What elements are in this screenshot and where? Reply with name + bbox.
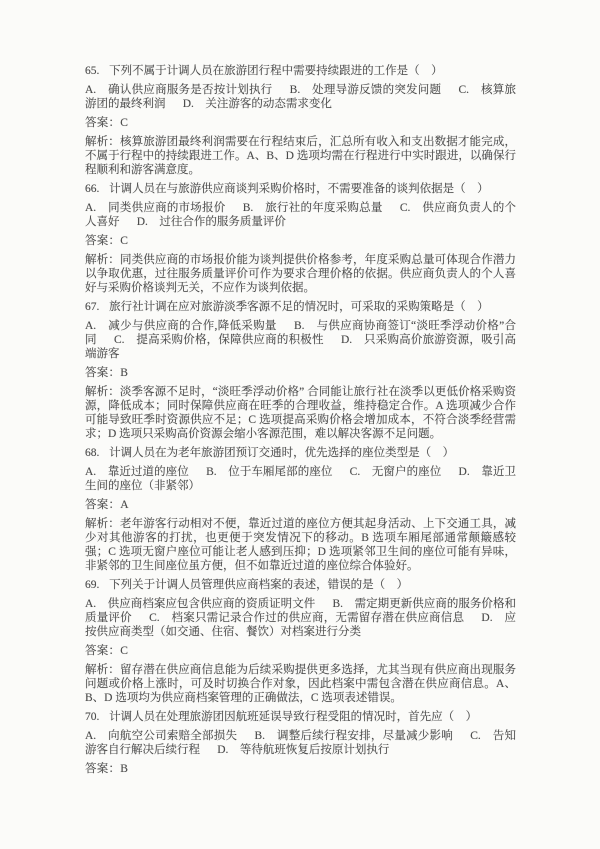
option-item: D. 等待航班恢复后按原计划执行	[217, 744, 389, 756]
analysis-label: 解析：	[85, 254, 120, 266]
question-stem-line: 68.计调人员在为老年旅游团预订交通时，优先选择的座位类型是（ ）	[85, 446, 516, 460]
question-stem-line: 65.下列不属于计调人员在旅游团行程中需要持续跟进的工作是（ ）	[85, 64, 516, 78]
answer-label: 答案：	[85, 763, 120, 775]
question-stem: 计调人员在为老年旅游团预订交通时，优先选择的座位类型是（ ）	[109, 447, 454, 459]
question-number: 67.	[85, 301, 99, 313]
question-block: 68.计调人员在为老年旅游团预订交通时，优先选择的座位类型是（ ） A. 靠近过…	[85, 446, 516, 573]
analysis-line: 解析：老年游客行动相对不便，靠近过道的座位方便其起身活动、上下交通工具，减少对其…	[85, 517, 516, 573]
option-item: A. 靠近过道的座位	[85, 466, 189, 478]
question-stem-line: 70.计调人员在处理旅游团因航班延误导致行程受阻的情况时，首先应（ ）	[85, 710, 516, 724]
answer-line: 答案：C	[85, 234, 516, 248]
answer-line: 答案：B	[85, 762, 516, 776]
question-stem: 计调人员在与旅游供应商谈判采购价格时，不需要准备的谈判依据是（ ）	[109, 183, 489, 195]
question-block: 70.计调人员在处理旅游团因航班延误导致行程受阻的情况时，首先应（ ） A. 向…	[85, 710, 516, 776]
answer-line: 答案：B	[85, 366, 516, 380]
option-item: A. 同类供应商的市场报价	[85, 202, 226, 214]
option-item: B. 位于车厢尾部的座位	[206, 466, 332, 478]
answer-line: 答案：C	[85, 116, 516, 130]
option-item: B. 调整后续行程安排，尽量减少影响	[254, 730, 453, 742]
analysis-text: 核算旅游团最终利润需要在行程结束后，汇总所有收入和支出数据才能完成，不属于行程中…	[85, 136, 516, 176]
answer-value: C	[120, 117, 128, 129]
question-number: 66.	[85, 183, 99, 195]
option-item: B. 旅行社的年度采购总量	[243, 202, 383, 214]
answer-value: C	[120, 235, 128, 247]
analysis-text: 留存潜在供应商信息能为后续采购提供更多选择，尤其当现有供应商出现服务问题或价格上…	[85, 664, 516, 704]
answer-label: 答案：	[85, 117, 120, 129]
options-line: A. 供应商档案应包含供应商的资质证明文件B. 需定期更新供应商的服务价格和质量…	[85, 597, 516, 639]
analysis-text: 老年游客行动相对不便，靠近过道的座位方便其起身活动、上下交通工具，减少对其他游客…	[85, 518, 516, 572]
analysis-line: 解析：留存潜在供应商信息能为后续采购提供更多选择，尤其当现有供应商出现服务问题或…	[85, 663, 516, 705]
question-number: 68.	[85, 447, 99, 459]
options-line: A. 向航空公司索赔全部损失B. 调整后续行程安排，尽量减少影响C. 告知游客自…	[85, 729, 516, 757]
options-line: A. 确认供应商服务是否按计划执行B. 处理导游反馈的突发问题C. 核算旅游团的…	[85, 83, 516, 111]
answer-value: C	[120, 645, 128, 657]
question-block: 67.旅行社计调在应对旅游淡季客源不足的情况时，可采取的采购策略是（ ） A. …	[85, 300, 516, 441]
analysis-label: 解析：	[85, 518, 120, 530]
question-number: 69.	[85, 579, 99, 591]
option-item: D. 关注游客的动态需求变化	[183, 98, 332, 110]
option-item: C. 无窗户的座位	[350, 466, 442, 478]
question-stem: 旅行社计调在应对旅游淡季客源不足的情况时，可采取的采购策略是（ ）	[109, 301, 489, 313]
analysis-label: 解析：	[85, 386, 120, 398]
analysis-line: 解析：核算旅游团最终利润需要在行程结束后，汇总所有收入和支出数据才能完成，不属于…	[85, 135, 516, 177]
analysis-text: 同类供应商的市场报价能为谈判提供价格参考，年度采购总量可体现合作潜力以争取优惠，…	[85, 254, 516, 294]
question-stem: 下列不属于计调人员在旅游团行程中需要持续跟进的工作是（ ）	[109, 65, 443, 77]
analysis-line: 解析：同类供应商的市场报价能为谈判提供价格参考，年度采购总量可体现合作潜力以争取…	[85, 253, 516, 295]
question-stem: 计调人员在处理旅游团因航班延误导致行程受阻的情况时，首先应（ ）	[109, 711, 477, 723]
question-block: 66.计调人员在与旅游供应商谈判采购价格时，不需要准备的谈判依据是（ ） A. …	[85, 182, 516, 295]
answer-value: A	[120, 499, 129, 511]
option-item: A. 向航空公司索赔全部损失	[85, 730, 237, 742]
option-item: A. 确认供应商服务是否按计划执行	[85, 84, 272, 96]
answer-line: 答案：A	[85, 498, 516, 512]
question-block: 69.下列关于计调人员管理供应商档案的表述，错误的是（ ） A. 供应商档案应包…	[85, 578, 516, 705]
answer-value: B	[120, 367, 128, 379]
option-item: A. 供应商档案应包含供应商的资质证明文件	[85, 598, 315, 610]
option-item: C. 提高采购价格，保障供应商的积极性	[114, 334, 324, 346]
question-stem: 下列关于计调人员管理供应商档案的表述，错误的是（ ）	[109, 579, 408, 591]
options-line: A. 同类供应商的市场报价B. 旅行社的年度采购总量C. 供应商负责人的个人喜好…	[85, 201, 516, 229]
answer-label: 答案：	[85, 367, 120, 379]
analysis-label: 解析：	[85, 136, 120, 148]
option-item: D. 过往合作的服务质量评价	[137, 216, 286, 228]
options-line: A. 靠近过道的座位B. 位于车厢尾部的座位C. 无窗户的座位D. 靠近卫生间的…	[85, 465, 516, 493]
analysis-label: 解析：	[85, 664, 120, 676]
question-number: 65.	[85, 65, 99, 77]
question-block: 65.下列不属于计调人员在旅游团行程中需要持续跟进的工作是（ ） A. 确认供应…	[85, 64, 516, 177]
option-item: C. 档案只需记录合作过的供应商，无需留存潜在供应商信息	[149, 612, 464, 624]
answer-label: 答案：	[85, 499, 120, 511]
question-stem-line: 69.下列关于计调人员管理供应商档案的表述，错误的是（ ）	[85, 578, 516, 592]
scanned-exam-page: 65.下列不属于计调人员在旅游团行程中需要持续跟进的工作是（ ） A. 确认供应…	[0, 0, 600, 849]
question-list: 65.下列不属于计调人员在旅游团行程中需要持续跟进的工作是（ ） A. 确认供应…	[85, 64, 516, 776]
answer-label: 答案：	[85, 235, 120, 247]
answer-value: B	[120, 763, 128, 775]
analysis-line: 解析：淡季客源不足时，“淡旺季浮动价格” 合同能让旅行社在淡季以更低价格采购资源…	[85, 385, 516, 441]
answer-line: 答案：C	[85, 644, 516, 658]
answer-label: 答案：	[85, 645, 120, 657]
option-item: A. 减少与供应商的合作,降低采购量	[85, 320, 277, 332]
question-stem-line: 66.计调人员在与旅游供应商谈判采购价格时，不需要准备的谈判依据是（ ）	[85, 182, 516, 196]
options-line: A. 减少与供应商的合作,降低采购量B. 与供应商协商签订“淡旺季浮动价格”合同…	[85, 319, 516, 361]
question-number: 70.	[85, 711, 99, 723]
analysis-text: 淡季客源不足时，“淡旺季浮动价格” 合同能让旅行社在淡季以更低价格采购资源，降低…	[85, 386, 516, 440]
question-stem-line: 67.旅行社计调在应对旅游淡季客源不足的情况时，可采取的采购策略是（ ）	[85, 300, 516, 314]
option-item: B. 处理导游反馈的突发问题	[290, 84, 442, 96]
